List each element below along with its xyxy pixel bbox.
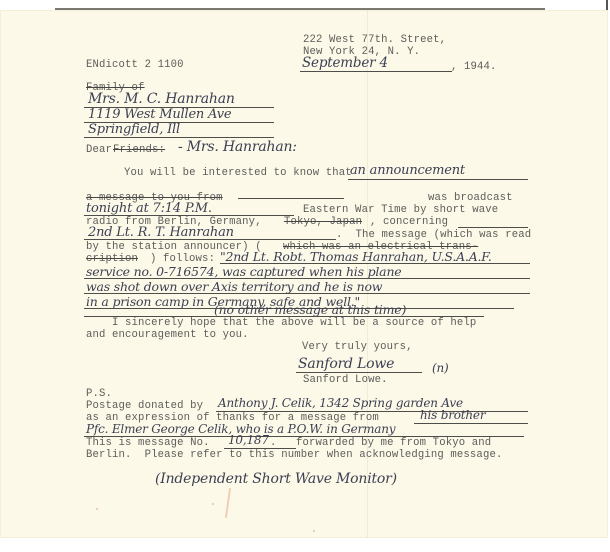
body-line4-rule (458, 227, 528, 228)
recipient-city: Springfield, Ill (88, 123, 180, 136)
ps-line2-handwritten: his brother (420, 409, 485, 422)
date-handwritten: September 4 (302, 57, 388, 70)
ps-line4a: This is message No. (86, 437, 210, 449)
recipient-name: Mrs. M. C. Hanrahan (88, 93, 235, 106)
soldier-name-handwritten: 2nd Lt. R. T. Hanrahan (88, 226, 234, 239)
body-line1-rule (348, 179, 528, 180)
closing-very-truly-yours: Very truly yours, (302, 341, 413, 353)
address-rule-3 (84, 137, 274, 138)
body-line2-rule (238, 198, 344, 199)
body-line5-rule (84, 239, 336, 240)
message-line: service no. 0-716574, was captured when … (86, 265, 402, 278)
body-line4-struck: Tokyo, Japan (284, 216, 362, 228)
typed-signature-name: Sanford Lowe. (303, 374, 388, 386)
footer-handwritten-note: (Independent Short Wave Monitor) (155, 473, 397, 486)
sender-address-line1: 222 West 77th. Street, (303, 34, 446, 46)
ps-line5: Berlin. Please refer to this number when… (86, 449, 502, 461)
message-line: (no other message at this time) (214, 303, 406, 316)
ps-line1: Postage donated by (86, 400, 203, 412)
ps-label: P.S. (86, 388, 112, 400)
ps-line4b: . forwarded by me from Tokyo and (270, 437, 491, 449)
closing-paragraph-line2: and encouragement to you. (86, 329, 249, 341)
paper-stain (313, 530, 315, 532)
date-rule (300, 71, 452, 72)
message-line: "2nd Lt. Robt. Thomas Hanrahan, U.S.A.A.… (220, 250, 492, 263)
signature-rule (296, 372, 422, 373)
body-line5: . The message (which was read (336, 229, 531, 241)
paper-stain (96, 508, 98, 510)
salutation-struck-friends: Friends: (113, 144, 165, 156)
body-line1: You will be interested to know that (124, 167, 352, 179)
body-line3: Eastern War Time by short wave (303, 204, 498, 216)
recipient-street: 1119 West Mullen Ave (88, 108, 231, 121)
phone-number: ENdicott 2 1100 (86, 59, 184, 71)
body-line2: was broadcast (428, 192, 513, 204)
paper-stain (212, 503, 214, 505)
body-line4b: , concerning (370, 216, 448, 228)
ps-line2-rule (414, 423, 528, 424)
closing-paragraph-line1: I sincerely hope that the above will be … (86, 317, 476, 329)
signature-handwritten: Sanford Lowe (298, 358, 394, 371)
signature-initials: (n) (432, 362, 449, 375)
salutation-handwritten: - Mrs. Hanrahan: (178, 141, 297, 154)
message-line: was shot down over Axis territory and he… (86, 280, 382, 293)
body-line1-handwritten: an announcement (350, 164, 465, 177)
date-year: , 1944. (451, 61, 497, 73)
broadcast-time-handwritten: tonight at 7:14 P.M. (86, 202, 212, 215)
salutation-dear: Dear (86, 144, 112, 156)
message-number-handwritten: 10,187 (228, 434, 269, 447)
